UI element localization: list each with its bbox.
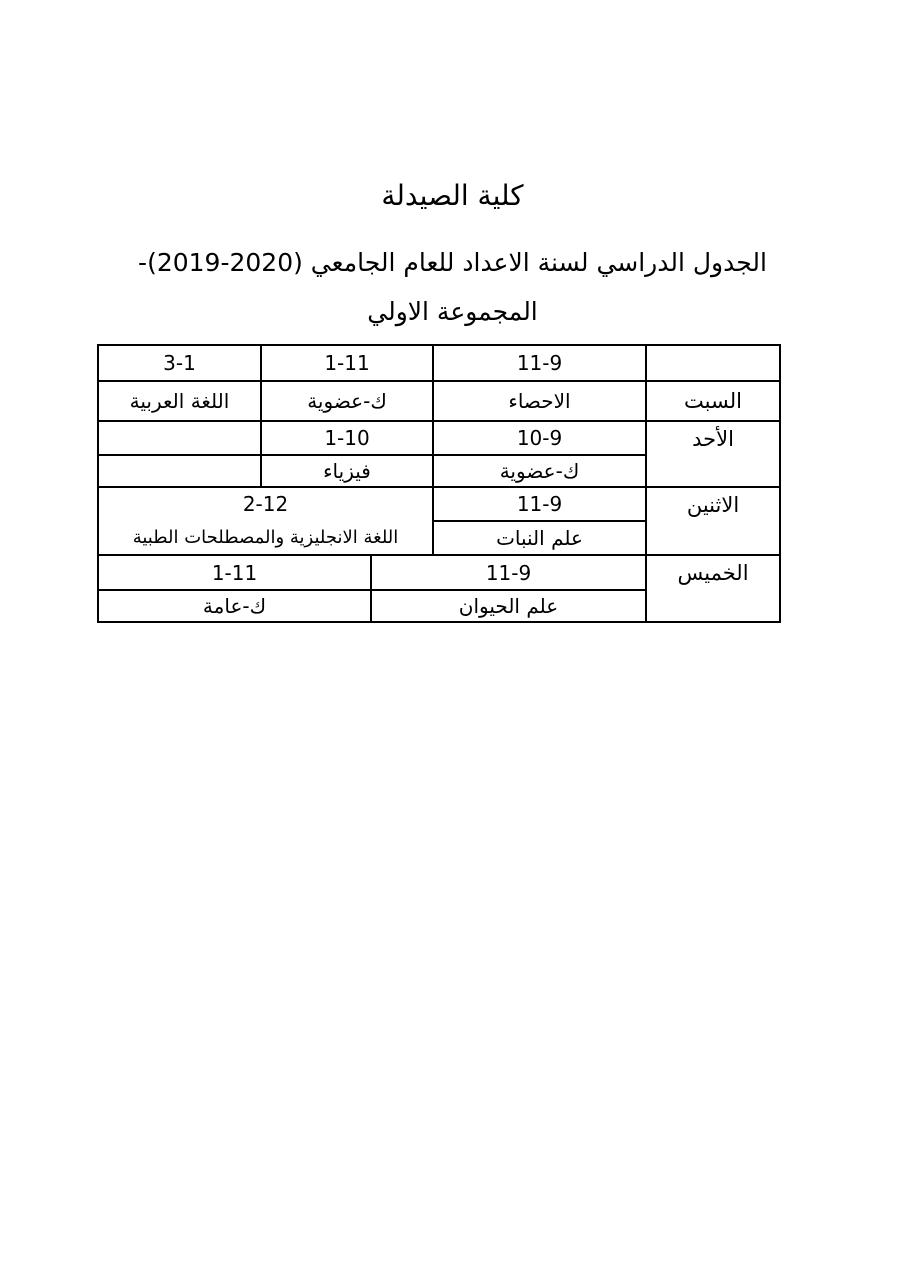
day-cell-saturday: السبت: [646, 381, 780, 421]
thursday-slot1-time-cell: 11-9: [371, 555, 646, 590]
saturday-slot1-subject-cell: الاحصاء: [433, 381, 646, 421]
monday-slot2-time: 2-12: [243, 488, 288, 521]
monday-slot1-subject-cell: علم النبات: [433, 521, 646, 555]
sunday-slot2-subject-cell: فيزياء: [261, 455, 433, 487]
sunday-slot1-subject-cell: ك-عضوية: [433, 455, 646, 487]
day-cell-sunday: الأحد: [646, 421, 780, 487]
empty-corner-cell: [646, 345, 780, 381]
sunday-slot1-time-cell: 10-9: [433, 421, 646, 455]
thursday-slot2-subject-cell: ك-عامة: [98, 590, 371, 622]
thursday-slot2-time-cell: 1-11: [98, 555, 371, 590]
day-cell-thursday: الخميس: [646, 555, 780, 622]
subtitle-line-2: المجموعة الاولي: [0, 287, 905, 336]
saturday-slot3-time-cell: 3-1: [98, 345, 261, 381]
monday-slot2-merged-cell: 2-12 اللغة الانجليزية والمصطلحات الطبية: [98, 487, 433, 555]
document-subtitle: الجدول الدراسي لسنة الاعداد للعام الجامع…: [0, 238, 905, 336]
schedule-table: 11-9 1-11 3-1 السبت الاحصاء ك-عضوية اللغ…: [97, 344, 781, 623]
thursday-slot1-subject-cell: علم الحيوان: [371, 590, 646, 622]
empty-cell: [98, 455, 261, 487]
subtitle-line-1: الجدول الدراسي لسنة الاعداد للعام الجامع…: [0, 238, 905, 287]
saturday-slot3-subject-cell: اللغة العربية: [98, 381, 261, 421]
document-title: كلية الصيدلة: [0, 176, 905, 216]
monday-slot1-time-cell: 11-9: [433, 487, 646, 521]
document-page: كلية الصيدلة الجدول الدراسي لسنة الاعداد…: [0, 0, 905, 1280]
empty-cell: [98, 421, 261, 455]
saturday-slot1-time-cell: 11-9: [433, 345, 646, 381]
day-cell-monday: الاثنين: [646, 487, 780, 555]
saturday-slot2-time-cell: 1-11: [261, 345, 433, 381]
saturday-slot2-subject-cell: ك-عضوية: [261, 381, 433, 421]
monday-slot2-subject: اللغة الانجليزية والمصطلحات الطبية: [133, 521, 399, 554]
sunday-slot2-time-cell: 1-10: [261, 421, 433, 455]
